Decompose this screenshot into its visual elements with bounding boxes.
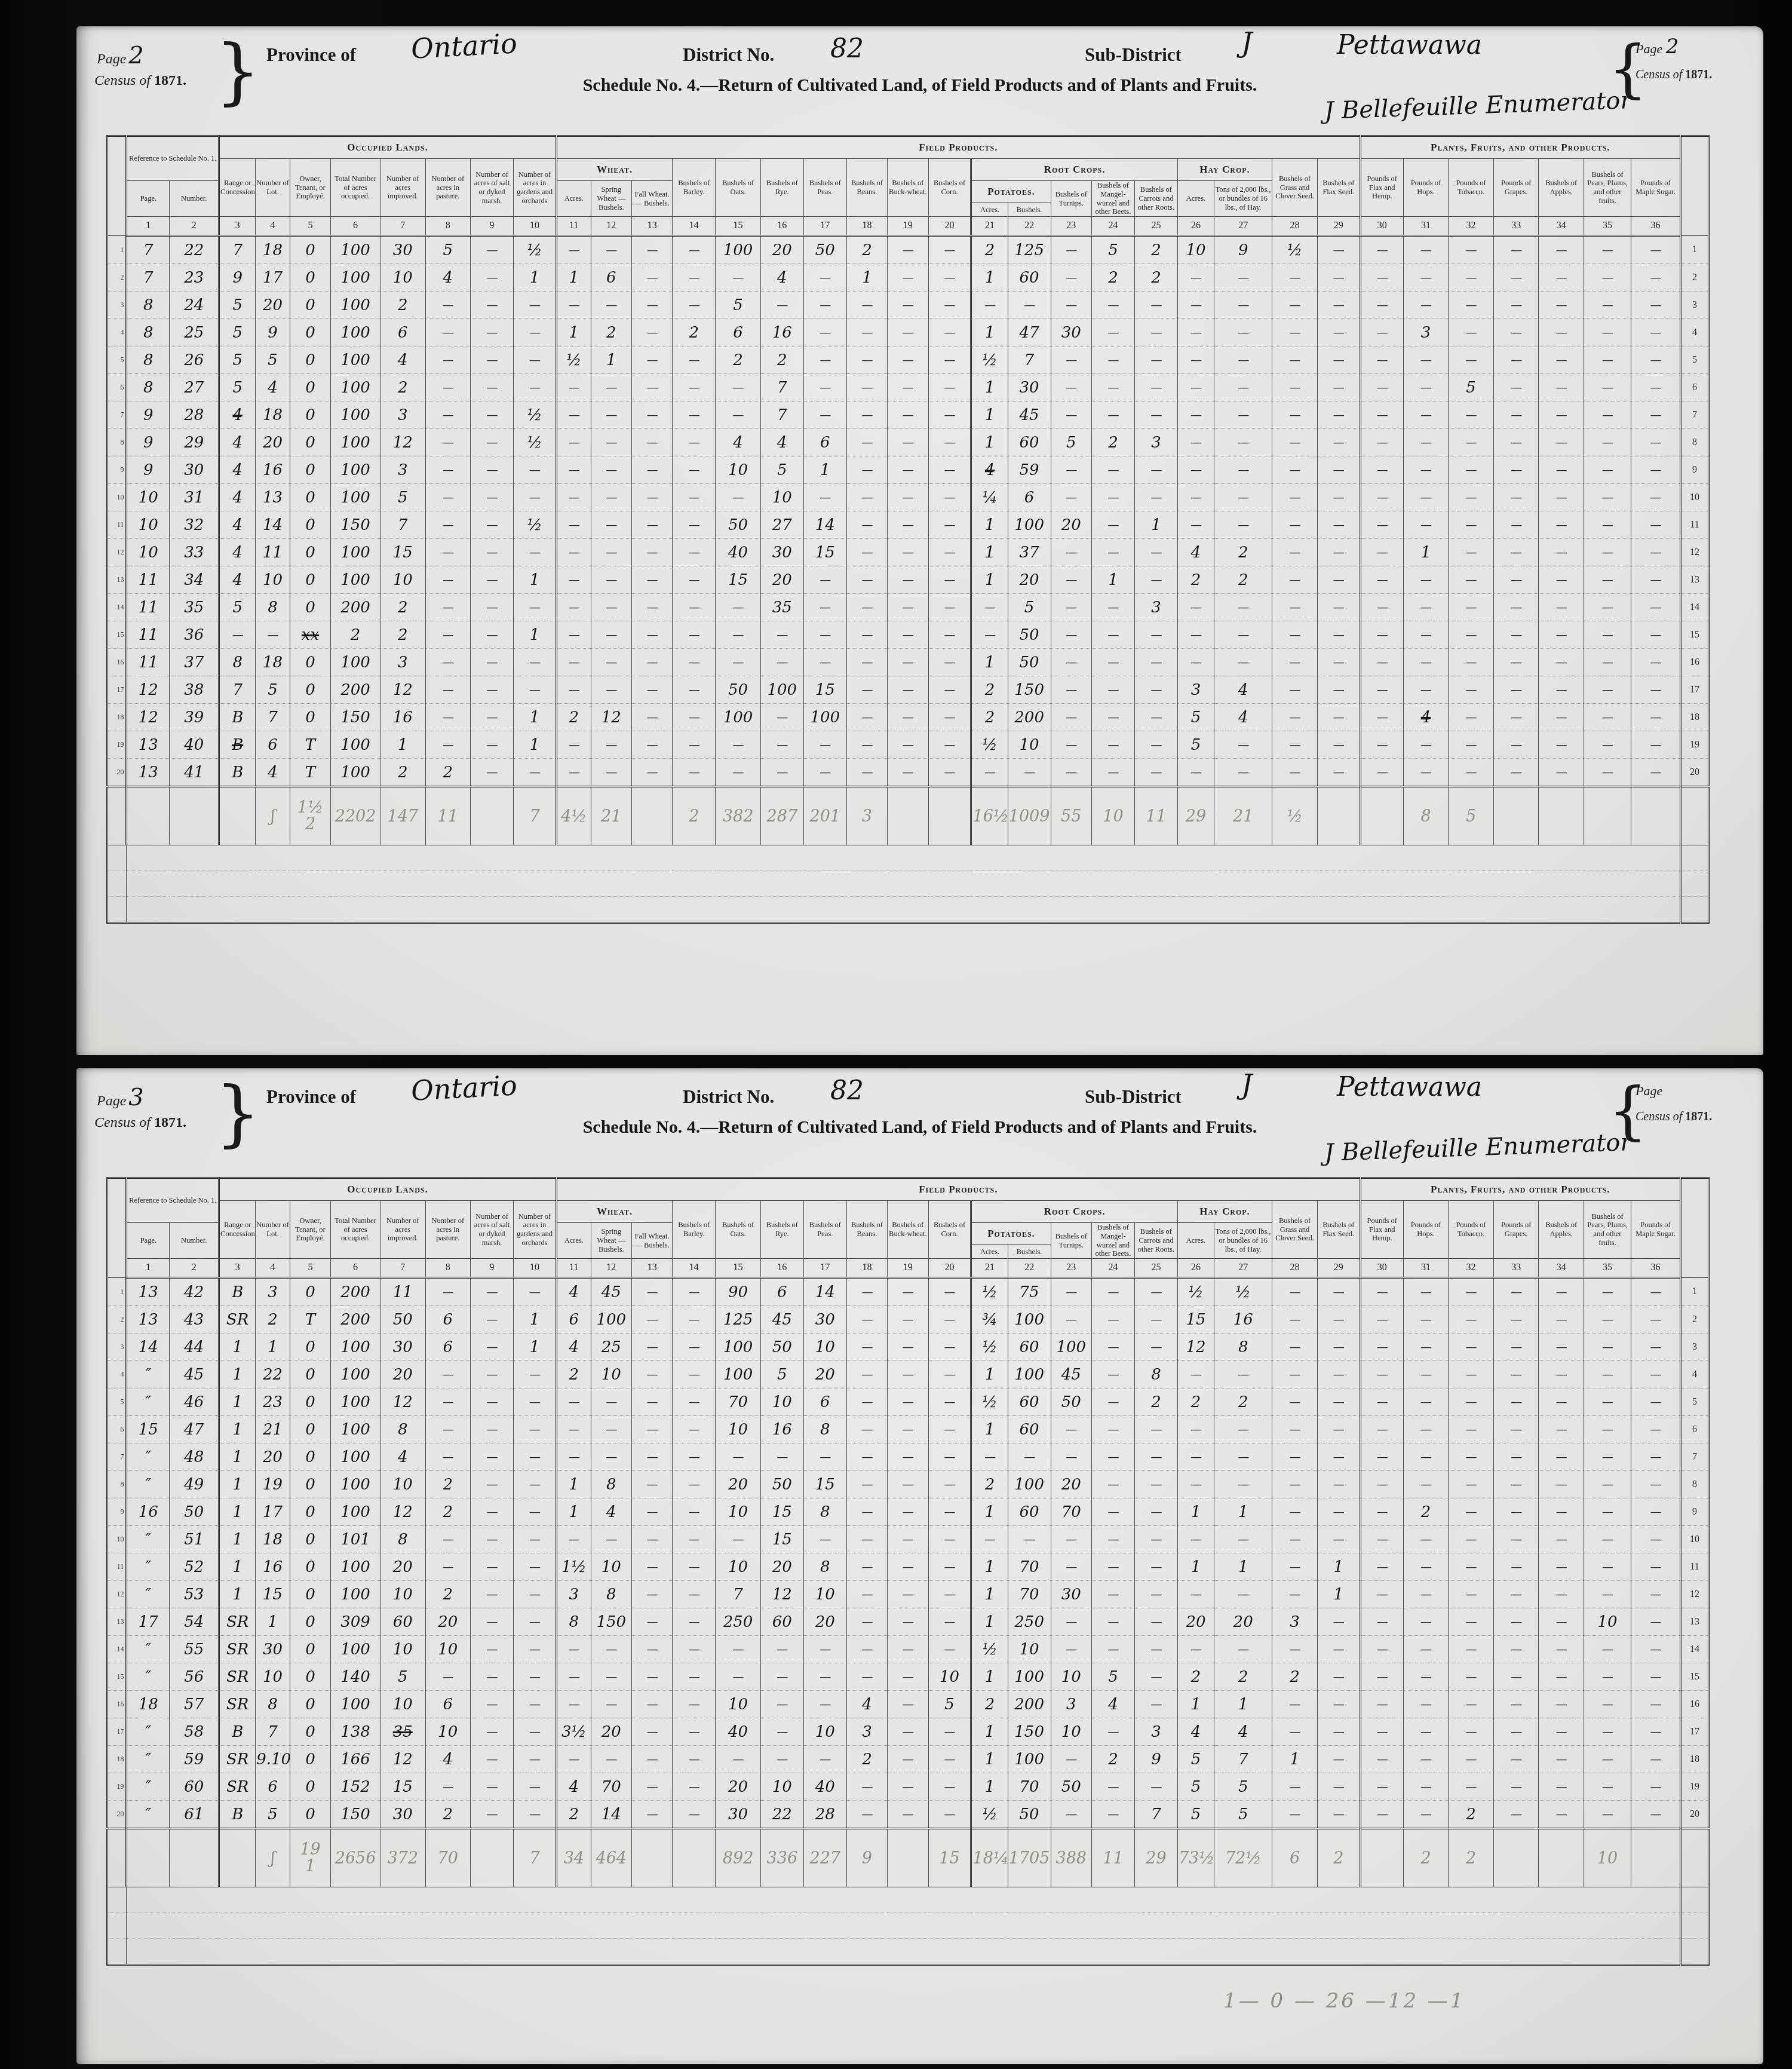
cell-col15: 70 [716, 1388, 761, 1416]
cell-col25: — [1134, 347, 1177, 374]
cell-col33: — [1493, 484, 1539, 511]
cell-col35: — [1584, 731, 1631, 759]
cell-col30: — [1360, 566, 1403, 594]
cell-col17: — [803, 264, 846, 292]
column-header-21: Acres. [971, 1245, 1008, 1259]
cell-col4: 8 [256, 594, 290, 621]
row-number-right: 1 [1680, 1278, 1708, 1306]
cell-col34: — [1539, 1361, 1584, 1388]
cell-col10: — [514, 1498, 557, 1526]
cell-col31: — [1403, 1581, 1449, 1608]
table-row: 161857SR80100106——————10——4—5220034—11——… [108, 1691, 1709, 1718]
cell-col28: — [1272, 621, 1318, 649]
cell-col27: 8 [1214, 1334, 1272, 1361]
cell-col1: 8 [127, 347, 170, 374]
cell-col16: 12 [760, 1581, 803, 1608]
cell-col1: 11 [127, 649, 170, 676]
cell-col14: — [673, 292, 716, 319]
cell-col28: — [1272, 1581, 1318, 1608]
table-row: 68275401002————————7————130—————————5———… [108, 374, 1709, 401]
cell-col23: — [1051, 401, 1091, 429]
cell-col5: 0 [290, 1471, 330, 1498]
cell-col17: — [803, 1526, 846, 1553]
cell-col5: 0 [290, 1636, 330, 1663]
cell-col27: ½ [1214, 1278, 1272, 1306]
province-handwritten: Ontario [410, 27, 518, 65]
row-number-right: 5 [1680, 347, 1708, 374]
cell-col32: — [1449, 1663, 1494, 1691]
column-header-32: Pounds of Tobacco. [1449, 159, 1494, 217]
cell-col26: 15 [1177, 1306, 1214, 1334]
cell-col20: — [928, 1801, 971, 1829]
cell-col28: — [1272, 1361, 1318, 1388]
total-col24: 10 [1091, 787, 1134, 845]
cell-col17: — [803, 759, 846, 787]
cell-col12: 150 [591, 1608, 631, 1636]
cell-col6: 200 [331, 676, 381, 704]
cell-col17: 1 [803, 456, 846, 484]
cell-col29: — [1317, 374, 1360, 401]
cell-col6: 100 [331, 539, 381, 566]
cell-col29: — [1317, 539, 1360, 566]
cell-col33: — [1493, 539, 1539, 566]
cell-col23: — [1051, 1553, 1091, 1581]
cell-col29: — [1317, 1526, 1360, 1553]
cell-col21: 1 [971, 319, 1008, 347]
cell-col3: — [219, 621, 256, 649]
cell-col10: — [514, 649, 557, 676]
cell-col21: ½ [971, 1278, 1008, 1306]
cell-col21: 1 [971, 401, 1008, 429]
cell-col25: — [1134, 1278, 1177, 1306]
cell-col8: 2 [425, 759, 471, 787]
column-number-4: 4 [256, 217, 290, 236]
cell-col14: — [673, 594, 716, 621]
table-row: 58265501004———½1——22————½7——————————————… [108, 347, 1709, 374]
column-number-5: 5 [290, 217, 330, 236]
cell-col18: — [846, 1416, 887, 1443]
cell-col7: 50 [380, 1306, 425, 1334]
cell-col28: — [1272, 1278, 1318, 1306]
cell-col28: — [1272, 1443, 1318, 1471]
cell-col11: 3 [557, 1581, 591, 1608]
cell-col4: 5 [256, 347, 290, 374]
cell-col17: 8 [803, 1416, 846, 1443]
cell-col24: — [1091, 1306, 1134, 1334]
cell-col3: 8 [219, 649, 256, 676]
cell-col9: — [471, 401, 514, 429]
cell-col8: 20 [425, 1608, 471, 1636]
table-row: 131754SR103096020——8150——2506020———1250—… [108, 1608, 1709, 1636]
cell-col19: — [888, 1471, 928, 1498]
cell-col35: — [1584, 1746, 1631, 1773]
cell-col2: 37 [170, 649, 219, 676]
cell-col35: — [1584, 264, 1631, 292]
cell-col17: 15 [803, 539, 846, 566]
cell-col15: — [716, 484, 761, 511]
column-header-4: Number of Lot. [256, 1201, 290, 1259]
cell-col15: 125 [716, 1306, 761, 1334]
cell-col26: 5 [1177, 1746, 1214, 1773]
cell-col21: 1 [971, 1773, 1008, 1801]
total-col28: 6 [1272, 1829, 1318, 1887]
cell-col34: — [1539, 1746, 1584, 1773]
cell-col23: — [1051, 1306, 1091, 1334]
cell-col29: — [1317, 1663, 1360, 1691]
cell-col36: — [1631, 1746, 1681, 1773]
cell-col21: ¼ [971, 484, 1008, 511]
table-row: 4″45122010020———210——100520———110045—8——… [108, 1361, 1709, 1388]
cell-col29: — [1317, 621, 1360, 649]
cell-col25: — [1134, 731, 1177, 759]
cell-col23: 10 [1051, 1663, 1091, 1691]
cell-col7: 12 [380, 1746, 425, 1773]
cell-col10: ½ [514, 401, 557, 429]
cell-col36: — [1631, 1663, 1681, 1691]
column-header-26: Acres. [1177, 181, 1214, 217]
row-number-right: 14 [1680, 594, 1708, 621]
cell-col19: — [888, 374, 928, 401]
cell-col3: B [219, 704, 256, 731]
column-number-19: 19 [888, 217, 928, 236]
cell-col34: — [1539, 1608, 1584, 1636]
row-number-right: 17 [1680, 1718, 1708, 1746]
cell-col5: 0 [290, 1608, 330, 1636]
cell-col25: — [1134, 676, 1177, 704]
cell-col20: — [928, 1608, 971, 1636]
cell-col1: 13 [127, 731, 170, 759]
cell-col29: — [1317, 1471, 1360, 1498]
cell-col29: — [1317, 456, 1360, 484]
cell-col34: — [1539, 1416, 1584, 1443]
cell-col27: — [1214, 1581, 1272, 1608]
cell-col33: — [1493, 511, 1539, 539]
column-header-30: Pounds of Flax and Hemp. [1360, 1201, 1403, 1259]
cell-col11: — [557, 1691, 591, 1718]
cell-col4: 5 [256, 676, 290, 704]
column-header-30: Pounds of Flax and Hemp. [1360, 159, 1403, 217]
cell-col12: 45 [591, 1278, 631, 1306]
cell-col26: 5 [1177, 1801, 1214, 1829]
cell-col13: — [631, 374, 672, 401]
cell-col28: — [1272, 1718, 1318, 1746]
total-col22: 1705 [1008, 1829, 1051, 1887]
cell-col25: — [1134, 566, 1177, 594]
cell-col31: 2 [1403, 1498, 1449, 1526]
cell-col7: 15 [380, 539, 425, 566]
cell-col24: 1 [1091, 566, 1134, 594]
cell-col14: — [673, 1746, 716, 1773]
cell-col19: — [888, 1553, 928, 1581]
total-col27: 21 [1214, 787, 1272, 845]
cell-col36: — [1631, 1388, 1681, 1416]
cell-col23: 50 [1051, 1388, 1091, 1416]
cell-col25: — [1134, 374, 1177, 401]
cell-col5: 0 [290, 1718, 330, 1746]
cell-col30: — [1360, 594, 1403, 621]
cell-col33: — [1493, 704, 1539, 731]
column-number-12: 12 [591, 1259, 631, 1278]
cell-col5: 0 [290, 649, 330, 676]
cell-col4: 16 [256, 1553, 290, 1581]
cell-col19: — [888, 1361, 928, 1388]
cell-col19: — [888, 1663, 928, 1691]
row-number-right: 3 [1680, 292, 1708, 319]
subdistrict-letter-handwritten: J [1241, 26, 1252, 59]
cell-col32: — [1449, 429, 1494, 456]
cell-col35: — [1584, 1581, 1631, 1608]
row-number-left: 11 [108, 1553, 127, 1581]
cell-col19: — [888, 676, 928, 704]
cell-col20: — [928, 1718, 971, 1746]
cell-col2: 27 [170, 374, 219, 401]
cell-col32: — [1449, 1498, 1494, 1526]
cell-col6: 100 [331, 1443, 381, 1471]
cell-col11: 2 [557, 704, 591, 731]
column-header-24: Bushels of Mangel-wurzel and other Beets… [1091, 181, 1134, 217]
cell-col6: 100 [331, 319, 381, 347]
cell-col9: — [471, 374, 514, 401]
table-row: 131134410010010——1————1520————120—1—22——… [108, 566, 1709, 594]
cell-col26: 1 [1177, 1691, 1214, 1718]
cell-col21: 1 [971, 264, 1008, 292]
cell-col7: 8 [380, 1416, 425, 1443]
cell-col9: — [471, 1663, 514, 1691]
row-number-left [108, 1887, 127, 1913]
column-header-31: Pounds of Hops. [1403, 1201, 1449, 1259]
cell-col25: — [1134, 1498, 1177, 1526]
column-header-22: Bushels. [1008, 203, 1051, 217]
cell-col12: — [591, 1443, 631, 1471]
column-number-24: 24 [1091, 1259, 1134, 1278]
column-number-9: 9 [471, 217, 514, 236]
cell-col24: — [1091, 347, 1134, 374]
cell-col26: — [1177, 594, 1214, 621]
cell-col35: — [1584, 1388, 1631, 1416]
column-number-2: 2 [170, 217, 219, 236]
cell-col18: — [846, 511, 887, 539]
cell-col3: B [219, 731, 256, 759]
cell-col23: 5 [1051, 429, 1091, 456]
cell-col10: — [514, 1361, 557, 1388]
occupied-lands-group: Occupied Lands. [219, 136, 557, 159]
cell-col30: — [1360, 1416, 1403, 1443]
cell-col31: — [1403, 1553, 1449, 1581]
cell-col22: 30 [1008, 374, 1051, 401]
column-header-5: Owner, Tenant, or Employé. [290, 1201, 330, 1259]
cell-col17: 30 [803, 1306, 846, 1334]
cell-col27: — [1214, 1416, 1272, 1443]
cell-col10: — [514, 319, 557, 347]
total-col17: 227 [803, 1829, 846, 1887]
total-col9 [471, 787, 514, 845]
cell-col34: — [1539, 319, 1584, 347]
row-number-left: 13 [108, 1608, 127, 1636]
cell-col15: 7 [716, 1581, 761, 1608]
cell-col33: — [1493, 1361, 1539, 1388]
column-header-14: Bushels of Barley. [673, 1201, 716, 1259]
cell-col35: — [1584, 1636, 1631, 1663]
row-number-left: 19 [108, 1773, 127, 1801]
cell-col17: 50 [803, 236, 846, 264]
cell-col13: — [631, 347, 672, 374]
cell-col15: — [716, 401, 761, 429]
cell-col30: — [1360, 456, 1403, 484]
cell-col24: — [1091, 1361, 1134, 1388]
cell-col24: 5 [1091, 236, 1134, 264]
cell-col16: — [760, 759, 803, 787]
cell-col36: — [1631, 264, 1681, 292]
cell-col25: 1 [1134, 511, 1177, 539]
cell-col3: 1 [219, 1416, 256, 1443]
row-number-left: 10 [108, 1526, 127, 1553]
cell-col10: — [514, 594, 557, 621]
cell-col22: 100 [1008, 1361, 1051, 1388]
cell-col13: — [631, 484, 672, 511]
cell-col14: — [673, 539, 716, 566]
row-number-left: 18 [108, 1746, 127, 1773]
cell-col26: — [1177, 429, 1214, 456]
cell-col24: — [1091, 456, 1134, 484]
subdistrict-label: Sub-District [1085, 44, 1182, 66]
cell-col11: ½ [557, 347, 591, 374]
column-header-22: Bushels. [1008, 1245, 1051, 1259]
cell-col19: — [888, 1718, 928, 1746]
cell-col10: 1 [514, 704, 557, 731]
cell-col1: 16 [127, 1498, 170, 1526]
column-number-8: 8 [425, 1259, 471, 1278]
cell-col3: SR [219, 1746, 256, 1773]
cell-col10: — [514, 1278, 557, 1306]
cell-col26: — [1177, 484, 1214, 511]
cell-col29: — [1317, 1636, 1360, 1663]
cell-col2: 56 [170, 1663, 219, 1691]
cell-col31: — [1403, 676, 1449, 704]
cell-col2: 40 [170, 731, 219, 759]
cell-col30: — [1360, 1443, 1403, 1471]
cell-col30: — [1360, 429, 1403, 456]
cell-col25: — [1134, 1443, 1177, 1471]
cell-col12: 14 [591, 1801, 631, 1829]
cell-col19: — [888, 1416, 928, 1443]
cell-col2: 44 [170, 1334, 219, 1361]
cell-col11: — [557, 484, 591, 511]
corner-page-block: { Page Census of 1871. [1635, 1077, 1743, 1124]
cell-col16: 20 [760, 1553, 803, 1581]
cell-col9: — [471, 1526, 514, 1553]
cell-col32: — [1449, 456, 1494, 484]
total-col34 [1539, 1829, 1584, 1887]
page-label: Page [97, 1093, 126, 1109]
cell-col18: — [846, 1278, 887, 1306]
cell-col33: — [1493, 1608, 1539, 1636]
cell-col2: 22 [170, 236, 219, 264]
cell-col27: — [1214, 649, 1272, 676]
cell-col22: 45 [1008, 401, 1051, 429]
cell-col35: — [1584, 1361, 1631, 1388]
row-number-right [1680, 1887, 1708, 1913]
cell-col18: — [846, 484, 887, 511]
cell-col25: 2 [1134, 264, 1177, 292]
column-number-6: 6 [331, 217, 381, 236]
cell-col15: 20 [716, 1471, 761, 1498]
cell-col21: 1 [971, 1718, 1008, 1746]
table-head: Reference to Schedule No. 1.Occupied Lan… [108, 1178, 1709, 1278]
cell-col5: 0 [290, 1498, 330, 1526]
cell-col33: — [1493, 1471, 1539, 1498]
cell-col16: 7 [760, 401, 803, 429]
cell-col12: 1 [591, 347, 631, 374]
cell-col6: 100 [331, 401, 381, 429]
total-col31: 2 [1403, 1829, 1449, 1887]
cell-col14: — [673, 511, 716, 539]
cell-col12: — [591, 374, 631, 401]
cell-col10: — [514, 1581, 557, 1608]
cell-col3: 4 [219, 456, 256, 484]
cell-col26: 5 [1177, 704, 1214, 731]
table-row: 11342B3020011———445——90614———½75———½½———… [108, 1278, 1709, 1306]
subdistrict-name-handwritten: Pettawawa [1337, 30, 1482, 60]
cell-col34: — [1539, 1773, 1584, 1801]
cell-col13: — [631, 1278, 672, 1306]
row-number-left: 8 [108, 1471, 127, 1498]
cell-col21: ½ [971, 731, 1008, 759]
cell-col5: 0 [290, 401, 330, 429]
cell-col14: — [673, 236, 716, 264]
cell-col32: — [1449, 594, 1494, 621]
column-header-20: Bushels of Corn. [928, 159, 971, 217]
cell-col33: — [1493, 676, 1539, 704]
cell-col36: — [1631, 1471, 1681, 1498]
cell-col21: 2 [971, 236, 1008, 264]
cell-col32: 5 [1449, 374, 1494, 401]
cell-col11: 1 [557, 319, 591, 347]
cell-col7: 20 [380, 1553, 425, 1581]
total-col12: 21 [591, 787, 631, 845]
cell-col8: 6 [425, 1306, 471, 1334]
cell-col15: 10 [716, 1416, 761, 1443]
total-col2 [170, 1829, 219, 1887]
cell-col32: — [1449, 704, 1494, 731]
cell-col34: — [1539, 649, 1584, 676]
cell-col23: — [1051, 649, 1091, 676]
cell-col17: 20 [803, 1608, 846, 1636]
column-header-25: Bushels of Carrots and other Roots. [1134, 1223, 1177, 1259]
cell-col8: — [425, 347, 471, 374]
cell-col18: 2 [846, 1746, 887, 1773]
cell-col6: 101 [331, 1526, 381, 1553]
cell-col4: 5 [256, 1801, 290, 1829]
cell-col18: — [846, 1581, 887, 1608]
column-number-2: 2 [170, 1259, 219, 1278]
cell-col25: — [1134, 1553, 1177, 1581]
plants-fruits-group: Plants, Fruits, and other Products. [1360, 136, 1680, 159]
cell-col12: — [591, 621, 631, 649]
cell-col4: 18 [256, 649, 290, 676]
cell-col27: — [1214, 456, 1272, 484]
cell-col20: — [928, 1361, 971, 1388]
cell-col32: — [1449, 1636, 1494, 1663]
cell-col10: 1 [514, 1306, 557, 1334]
cell-col28: — [1272, 566, 1318, 594]
cell-col33: — [1493, 1388, 1539, 1416]
cell-col1: 7 [127, 236, 170, 264]
row-number-left: 1 [108, 1278, 127, 1306]
cell-col24: — [1091, 1416, 1134, 1443]
cell-col29: — [1317, 1608, 1360, 1636]
cell-col25: — [1134, 704, 1177, 731]
cell-col23: — [1051, 236, 1091, 264]
